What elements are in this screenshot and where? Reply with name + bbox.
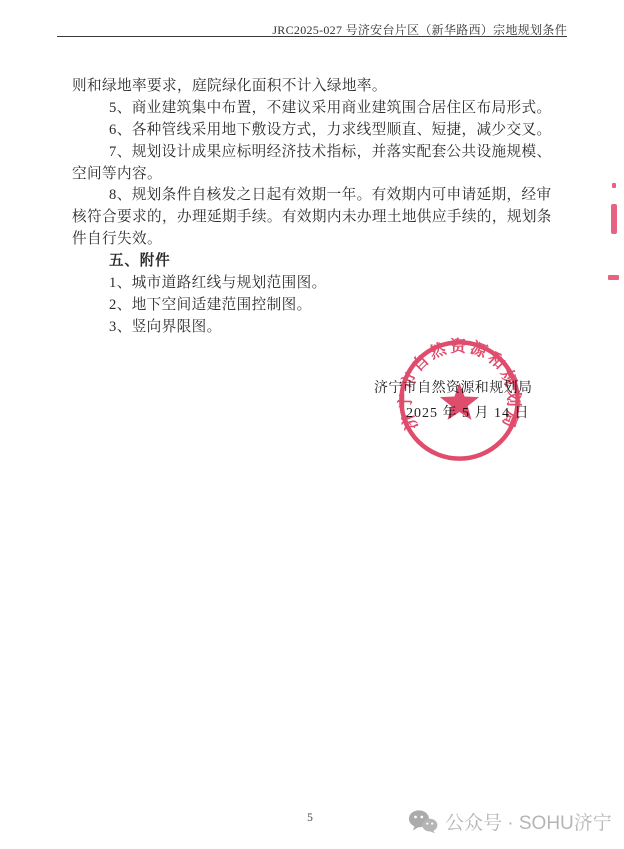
body-line: 2、地下空间适建范围控制图。 <box>72 295 568 317</box>
red-ink-mark <box>612 183 616 188</box>
page-number: 5 <box>300 812 320 824</box>
signature-date: 2025 年 5 月 14 日 <box>406 402 530 422</box>
body-line: 核符合要求的，办理延期手续。有效期内未办理土地供应手续的，规划条 <box>72 207 568 229</box>
red-ink-mark <box>608 275 619 280</box>
body-text: 则和绿地率要求，庭院绿化面积不计入绿地率。5、商业建筑集中布置，不建议采用商业建… <box>72 76 568 339</box>
body-line: 5、商业建筑集中布置，不建议采用商业建筑围合居住区布局形式。 <box>72 98 568 120</box>
body-line: 件自行失效。 <box>72 229 568 251</box>
body-line: 8、规划条件自核发之日起有效期一年。有效期内可申请延期，经审 <box>72 185 568 207</box>
body-line: 五、附件 <box>72 251 568 273</box>
signature-agency: 济宁市自然资源和规划局 <box>374 377 532 397</box>
body-line: 3、竖向界限图。 <box>72 317 568 339</box>
header-rule <box>57 36 567 37</box>
official-seal-stamp: 济宁市自然资源和规划局 <box>396 337 523 464</box>
document-page: JRC2025-027 号济安台片区（新华路西）宗地规划条件 则和绿地率要求，庭… <box>0 0 624 849</box>
body-line: 空间等内容。 <box>72 164 568 186</box>
body-line: 则和绿地率要求，庭院绿化面积不计入绿地率。 <box>72 76 568 98</box>
footer-watermark: 公众号 · SOHU济宁 <box>408 808 612 835</box>
body-line: 6、各种管线采用地下敷设方式，力求线型顺直、短捷，减少交叉。 <box>72 120 568 142</box>
body-line: 1、城市道路红线与规划范围图。 <box>72 273 568 295</box>
wechat-icon <box>408 809 438 834</box>
body-line: 7、规划设计成果应标明经济技术指标，并落实配套公共设施规模、 <box>72 142 568 164</box>
footer-watermark-text: 公众号 · SOHU济宁 <box>445 808 612 835</box>
red-ink-mark <box>611 204 617 234</box>
